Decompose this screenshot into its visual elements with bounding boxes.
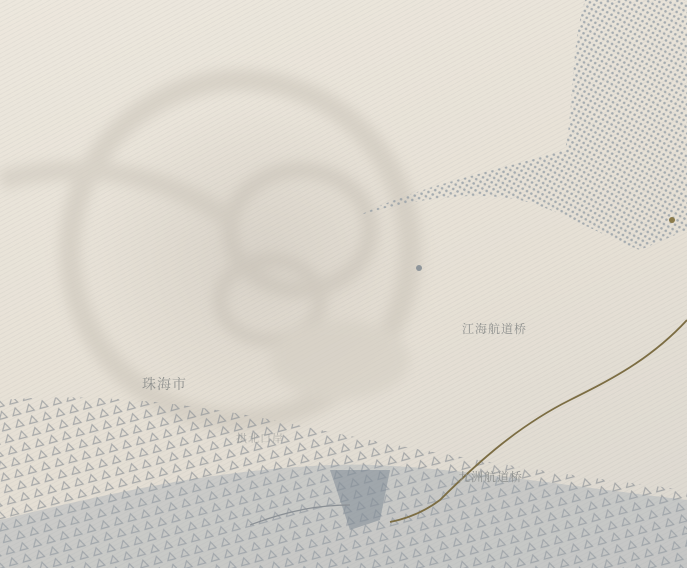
map-label-channel: 江海航道桥	[462, 320, 527, 337]
map-label-lower: 九洲航道桥	[458, 468, 523, 485]
map-label-small: 拱北口岸	[236, 430, 284, 446]
map-label-zhuhai: 珠海市	[142, 374, 187, 394]
watermark-portrait	[0, 80, 410, 420]
document-photo: 珠海市 江海航道桥 九洲航道桥 拱北口岸	[0, 0, 687, 568]
map-artwork	[0, 0, 687, 568]
